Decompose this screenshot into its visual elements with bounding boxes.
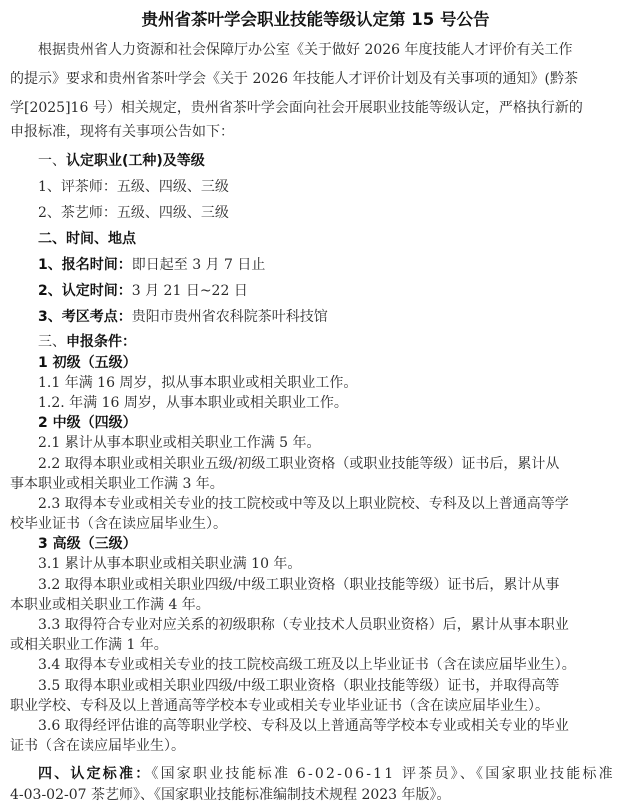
intro-line-4: 申报标准，现将有关事项公告如下： — [10, 123, 234, 141]
section1-heading: 一、认定职业(工种)及等级 — [38, 152, 205, 170]
section4-standards-1: 《国家职业技能标准 6-02-06-11 评茶员》、《国家职业技能标准 — [151, 766, 614, 782]
assessment-time-value: 3 月 21 日~22 日 — [132, 283, 248, 299]
level3-line-5: 或相关职业工作满 1 年。 — [10, 636, 168, 654]
exam-location: 3、考区考点：贵阳市贵州省农科院茶叶科技馆 — [38, 308, 328, 326]
intro-line-1: 根据贵州省人力资源和社会保障厅办公室《关于做好 2026 年度技能人才评价有关工… — [38, 41, 573, 59]
assessment-time-label: 2、认定时间： — [38, 283, 132, 299]
section1-prefix: 一、 — [38, 153, 66, 169]
exam-location-value: 贵阳市贵州省农科院茶叶科技馆 — [132, 309, 328, 325]
level3-line-3: 本职业或相关职业工作满 4 年。 — [10, 596, 210, 614]
section4-heading: 四、认定标准： — [38, 766, 151, 782]
level2-line-1: 2.1 累计从事本职业或相关职业工作满 5 年。 — [38, 434, 321, 452]
assessment-time: 2、认定时间：3 月 21 日~22 日 — [38, 282, 248, 300]
occupation-item-tea-evaluator: 1、评茶师：五级、四级、三级 — [38, 178, 229, 196]
level3-line-2: 3.2 取得本职业或相关职业四级/中级工职业资格（职业技能等级）证书后，累计从事 — [38, 576, 559, 594]
intro-line-2: 的提示》要求和贵州省茶叶学会《关于 2026 年技能人才评价计划及有关事项的通知… — [10, 70, 578, 88]
level3-line-6: 3.4 取得本专业或相关专业的技工院校高级工班及以上毕业证书（含在读应届毕业生）… — [38, 656, 576, 674]
registration-time: 1、报名时间：即日起至 3 月 7 日止 — [38, 256, 265, 274]
level3-heading: 3 高级（三级） — [38, 535, 137, 553]
level2-heading: 2 中级（四级） — [38, 414, 137, 432]
level3-line-4: 3.3 取得符合专业对应关系的初级职称（专业技术人员职业资格）后，累计从事本职业 — [38, 616, 569, 634]
level3-line-10: 证书（含在读应届毕业生）。 — [10, 737, 185, 755]
level2-line-3: 事本职业或相关职业工作满 3 年。 — [10, 475, 224, 493]
section1-title: 认定职业(工种)及等级 — [66, 153, 205, 169]
section2-heading: 二、时间、地点 — [38, 230, 136, 248]
registration-time-value: 即日起至 3 月 7 日止 — [132, 257, 266, 273]
section3-title: 申报条件： — [66, 334, 136, 350]
level1-item-1: 1.1 年满 16 周岁，拟从事本职业或相关职业工作。 — [38, 374, 357, 392]
occupation-item-tea-artist: 2、茶艺师：五级、四级、三级 — [38, 204, 229, 222]
level3-line-9: 3.6 取得经评估谁的高等职业学校、专科及以上普通高等学校本专业或相关专业的毕业 — [38, 717, 569, 735]
section3-heading: 三、申报条件： — [38, 333, 136, 351]
announcement-page: 贵州省茶叶学会职业技能等级认定第 15 号公告 根据贵州省人力资源和社会保障厅办… — [0, 0, 631, 801]
level1-heading: 1 初级（五级） — [38, 354, 137, 372]
level2-line-2: 2.2 取得本职业或相关职业五级/初级工职业资格（或职业技能等级）证书后，累计从 — [38, 455, 559, 473]
level2-line-5: 校毕业证书（含在读应届毕业生）。 — [10, 515, 227, 533]
intro-line-3: 学[2025]16 号）相关规定，贵州省茶叶学会面向社会开展职业技能等级认定，严… — [10, 99, 583, 117]
level3-line-8: 职业学校、专科及以上普通高等学校本专业或相关专业毕业证书（含在读应届毕业生）。 — [10, 697, 549, 715]
exam-location-label: 3、考区考点： — [38, 309, 132, 325]
level1-item-2: 1.2. 年满 16 周岁，从事本职业或相关职业工作。 — [38, 394, 348, 412]
level3-line-7: 3.5 取得本职业或相关职业四级/中级工职业资格（职业技能等级）证书，并取得高等 — [38, 677, 559, 695]
document-title: 贵州省茶叶学会职业技能等级认定第 15 号公告 — [0, 6, 631, 30]
level3-line-1: 3.1 累计从事本职业或相关职业满 10 年。 — [38, 555, 301, 573]
level2-line-4: 2.3 取得本专业或相关专业的技工院校或中等及以上职业院校、专科及以上普通高等学 — [38, 495, 569, 513]
section3-prefix: 三、 — [38, 334, 66, 350]
section4-line-1: 四、认定标准：《国家职业技能标准 6-02-06-11 评茶员》、《国家职业技能… — [38, 765, 615, 783]
section4-line-2: 4-03-02-07 茶艺师》、《国家职业技能标准编制技术规程 2023 年版》… — [10, 786, 451, 801]
registration-time-label: 1、报名时间： — [38, 257, 132, 273]
